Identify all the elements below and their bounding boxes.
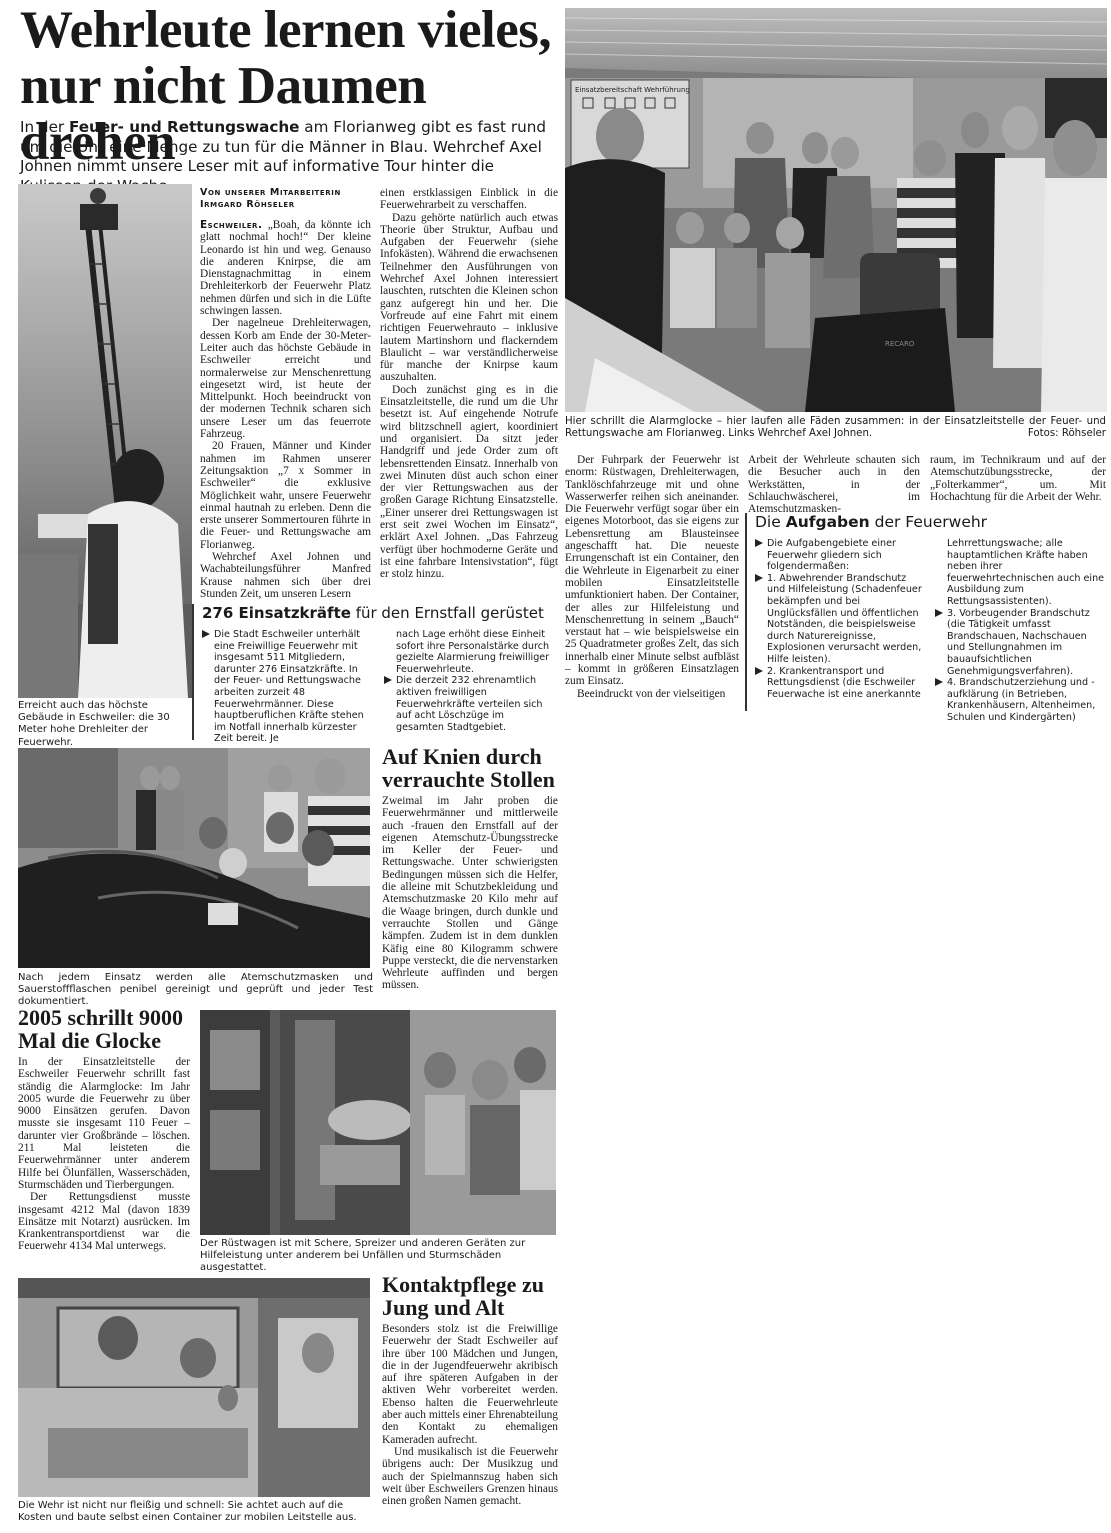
triangle-bullet-icon (202, 630, 210, 638)
paragraph: Der Rettungsdienst musste insgesamt 4212… (18, 1191, 190, 1252)
deck-text: In der (20, 118, 69, 136)
title-bold: Aufgaben (786, 513, 870, 531)
paragraph: einen erstklassigen Einblick in die Feue… (380, 187, 558, 212)
caption-control-room: Hier schrillt die Alarmglocke – hier lau… (565, 416, 1106, 440)
chair-brand-text: RECARO (885, 340, 915, 348)
article-column-2: einen erstklassigen Einblick in die Feue… (380, 187, 558, 581)
sidebar-knien-body: Zweimal im Jahr proben die Feuerwehrmänn… (382, 795, 558, 992)
sidebar-knien: Auf Knien durch verrauchte Stollen Zweim… (382, 745, 558, 992)
control-room-illustration: Einsatzbereitschaft Wehrführung (565, 8, 1107, 412)
title-bold: 276 Einsatzkräfte (202, 604, 351, 622)
container-illustration (18, 1278, 370, 1497)
list-item: 3. Vorbeugender Brandschutz (die Tätigke… (935, 608, 1105, 678)
byline-author: Irmgard Röhseler (200, 199, 372, 211)
sidebar-kontakt: Kontaktpflege zu Jung und Alt Besonders … (382, 1273, 558, 1507)
paragraph: Zweimal im Jahr proben die Feuerwehrmänn… (382, 795, 558, 992)
sidebar-knien-title: Auf Knien durch verrauchte Stollen (382, 745, 558, 791)
caption-text: Hier schrillt die Alarmglocke – hier lau… (565, 416, 1106, 439)
triangle-bullet-icon (755, 574, 763, 582)
paragraph: In der Einsatzleitstelle der Eschweiler … (18, 1056, 190, 1191)
paragraph: Besonders stolz ist die Freiwillige Feue… (382, 1323, 558, 1446)
paragraph: Der nagelneue Drehleiterwagen, dessen Ko… (200, 317, 371, 440)
paragraph: Arbeit der Wehrleute schauten sich die B… (748, 454, 920, 515)
article-column-5: raum, im Technikraum und auf der Atemsch… (930, 454, 1106, 503)
infobox-personnel-list-left: Die Stadt Eschweiler unterhält eine Frei… (202, 629, 372, 745)
dateline: Eschweiler. (200, 219, 262, 231)
triangle-bullet-icon (935, 609, 943, 617)
list-item: 1. Abwehrender Brandschutz und Hilfeleis… (755, 573, 923, 666)
truck-illustration (200, 1010, 556, 1235)
paragraph: Dazu gehörte natürlich auch etwas Theori… (380, 212, 558, 384)
paragraph: raum, im Technikraum und auf der Atemsch… (930, 454, 1106, 503)
infobox-tasks-list-left: Die Aufgabengebiete einer Feuerwehr glie… (755, 538, 923, 724)
infobox-tasks-title: Die Aufgaben der Feuerwehr (755, 513, 1107, 531)
sidebar-glocke-title: 2005 schrillt 9000 Mal die Glocke (18, 1006, 190, 1052)
triangle-bullet-icon (755, 667, 763, 675)
photo-truck (200, 1010, 556, 1235)
list-item: 2. Krankentransport und Rettungsdienst (… (755, 666, 923, 701)
list-item-continued: Lehrrettungswache; alle hauptamtlichen K… (935, 538, 1105, 608)
article-column-4: Arbeit der Wehrleute schauten sich die B… (748, 454, 920, 515)
article-column-3: Der Fuhrpark der Feuerwehr ist enorm: Rü… (565, 454, 739, 700)
sidebar-glocke: 2005 schrillt 9000 Mal die Glocke In der… (18, 1006, 190, 1253)
photo-credit: Fotos: Röhseler (1028, 428, 1106, 440)
triangle-bullet-icon (755, 539, 763, 547)
infobox-tasks-list-right: Lehrrettungswache; alle hauptamtlichen K… (935, 538, 1105, 724)
infobox-personnel: 276 Einsatzkräfte für den Ernstfall gerü… (192, 604, 558, 740)
sidebar-glocke-body: In der Einsatzleitstelle der Eschweiler … (18, 1056, 190, 1253)
paragraph: Der Fuhrpark der Feuerwehr ist enorm: Rü… (565, 454, 739, 688)
photo-control-room: Einsatzbereitschaft Wehrführung (565, 8, 1107, 412)
list-item: Die Stadt Eschweiler unterhält eine Frei… (202, 629, 372, 745)
title-post: der Feuerwehr (870, 513, 987, 531)
infobox-personnel-list-right: nach Lage erhöht diese Einheit sofort ih… (384, 629, 554, 745)
byline-line-1: Von unserer Mitarbeiterin (200, 187, 372, 199)
wall-sign-text: Einsatzbereitschaft Wehrführung (575, 86, 690, 94)
caption-ladder: Erreicht auch das höchste Gebäude in Esc… (18, 700, 194, 749)
ladder-illustration (18, 184, 192, 698)
caption-container: Die Wehr ist nicht nur fleißig und schne… (18, 1500, 373, 1524)
infobox-personnel-title: 276 Einsatzkräfte für den Ernstfall gerü… (202, 604, 558, 622)
caption-masks: Nach jedem Einsatz werden alle Atemschut… (18, 972, 373, 1009)
triangle-bullet-icon (935, 678, 943, 686)
triangle-bullet-icon (384, 676, 392, 684)
infobox-tasks: Die Aufgaben der Feuerwehr Die Aufgabeng… (745, 513, 1107, 711)
paragraph: Beeindruckt von der vielseitigen (565, 688, 739, 700)
list-item: Die Aufgabengebiete einer Feuerwehr glie… (755, 538, 923, 573)
paragraph: „Boah, da könnte ich glatt nochmal hoch!… (200, 219, 371, 317)
deck-bold: Feuer- und Rettungswache (69, 118, 299, 136)
list-item: 4. Brandschutzerziehung und -aufklärung … (935, 677, 1105, 723)
photo-container (18, 1278, 370, 1497)
list-item: Die derzeit 232 ehrenamtlich aktiven fre… (384, 675, 554, 733)
caption-truck: Der Rüstwagen ist mit Schere, Spreizer u… (200, 1238, 558, 1275)
paragraph: Wehrchef Axel Johnen und Wachabteilungsf… (200, 551, 371, 600)
paragraph: Doch zunächst ging es in die Einsatzleit… (380, 384, 558, 581)
sidebar-kontakt-title: Kontaktpflege zu Jung und Alt (382, 1273, 558, 1319)
byline: Von unserer Mitarbeiterin Irmgard Röhsel… (200, 187, 372, 211)
photo-ladder (18, 184, 192, 698)
title-rest: für den Ernstfall gerüstet (351, 604, 544, 622)
paragraph: Und musikalisch ist die Feuerwehr übrige… (382, 1446, 558, 1507)
paragraph: 20 Frauen, Männer und Kinder nahmen im R… (200, 440, 371, 551)
sidebar-kontakt-body: Besonders stolz ist die Freiwillige Feue… (382, 1323, 558, 1507)
list-item-continued: nach Lage erhöht diese Einheit sofort ih… (384, 629, 554, 675)
masks-illustration (18, 748, 370, 968)
headline-line-1: Wehrleute lernen vieles, (20, 2, 560, 58)
title-pre: Die (755, 513, 786, 531)
photo-masks (18, 748, 370, 968)
article-column-1: Eschweiler. „Boah, da könnte ich glatt n… (200, 219, 371, 600)
